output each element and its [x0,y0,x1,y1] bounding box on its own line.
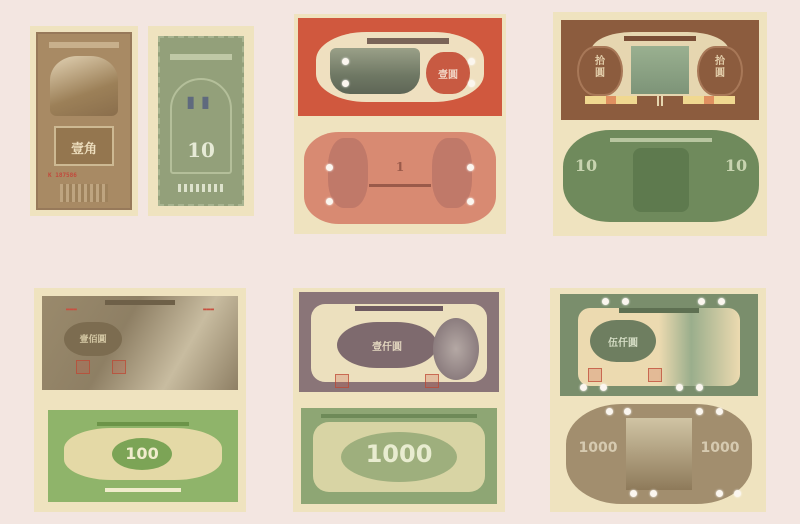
banknote-6-front-denomination: 伍仟圓 [590,334,656,349]
banknote-2-back-body: 1 [304,132,496,224]
banknote-1-back-title [170,54,232,60]
cancellation-hole [716,408,723,415]
cancellation-hole [606,408,613,415]
banknote-6-back-denomination-right: 1000 [692,440,748,456]
banknote-5-front-seal-right [425,374,439,388]
cancellation-hole [718,298,725,305]
banknote-1-front-footer [60,184,108,202]
banknote-5-front-denomination: 壹仟圓 [337,338,437,353]
banknote-4-front: ▬▬▬ ▬▬▬ 壹佰圓 [34,288,246,400]
cancellation-hole [696,408,703,415]
banknote-4-back-denomination: 100 [112,444,172,463]
banknote-5-back-legend [321,414,478,418]
banknote-4-front-body: ▬▬▬ ▬▬▬ 壹佰圓 [42,296,238,390]
banknote-3-front-right-medallion: 拾圓 [697,46,743,96]
banknote-1-back-denomination: 10 [160,138,242,162]
cancellation-hole [326,164,333,171]
banknote-4-front-serial-left: ▬▬▬ [66,306,77,313]
cancellation-hole [622,298,629,305]
banknote-6-front: 伍仟圓 [550,288,766,400]
banknote-6-front-title [619,308,698,313]
banknote-1-front-title [49,42,119,48]
banknote-5-front-title [355,306,443,311]
cancellation-hole [326,198,333,205]
banknote-1-front-denomination-panel: 壹角 [54,126,114,166]
banknote-1-front-vignette [50,56,118,116]
banknote-4-back-denomination-oval: 100 [112,438,172,470]
banknote-1-back-body: ▮▮ 10 [158,36,244,206]
banknote-5-front: 壹仟圓 [293,288,505,398]
banknote-1-front-body: 壹角 K 187586 [36,32,132,210]
banknote-3-front-vignette [631,46,689,94]
banknote-3-front-title [624,36,695,41]
cancellation-hole [342,58,349,65]
cancellation-hole [734,490,741,497]
banknote-6-front-seal-right [648,368,662,382]
banknote-5-back-body: 1000 [301,408,497,504]
cancellation-hole [650,490,657,497]
cancellation-hole [467,164,474,171]
banknote-6-back-denomination-left: 1000 [570,440,626,456]
cancellation-hole [696,384,703,391]
cancellation-hole [342,80,349,87]
banknote-3-front-right-band [683,96,735,104]
cancellation-hole [602,298,609,305]
banknote-1-front: 壹角 K 187586 [30,26,138,216]
banknote-3-front-left-band [585,96,637,104]
cancellation-hole [716,490,723,497]
banknote-1-front-denomination: 壹角 [56,138,112,157]
banknote-1-back-footer [178,184,224,192]
banknote-6-back-body: 1000 1000 [566,404,752,504]
banknote-2-front: 壹圓 [294,14,506,120]
banknote-3-front-body: 拾圓 拾圓 [561,20,759,120]
banknote-4-front-serial-right: ▬▬▬ [203,306,214,313]
cancellation-hole [624,408,631,415]
cancellation-hole [468,58,475,65]
banknote-4-front-denomination-medallion: 壹佰圓 [64,322,122,356]
cancellation-hole [468,80,475,87]
banknote-2-front-title [367,38,449,44]
banknote-2-front-body: 壹圓 [298,18,502,116]
banknote-5-front-body: 壹仟圓 [299,292,499,392]
banknote-3-back-legend [610,138,712,142]
banknote-3-front-numerals [657,96,663,106]
cancellation-hole [630,490,637,497]
banknote-1-front-serial: K 187586 [48,172,77,179]
banknote-3-back-vignette [633,148,689,212]
banknote-6-front-seal-left [588,368,602,382]
banknote-6-front-body: 伍仟圓 [560,294,758,396]
banknote-2-front-denomination-medallion: 壹圓 [426,52,470,94]
banknote-4-back-legend [97,422,188,426]
banknote-3-front-left-medallion: 拾圓 [577,46,623,96]
cancellation-hole [600,384,607,391]
cancellation-hole [580,384,587,391]
banknote-5-front-denomination-medallion: 壹仟圓 [337,322,437,368]
banknote-4-front-seal-right [112,360,126,374]
banknote-4-front-seal-left [76,360,90,374]
banknote-3-front-denomination-right: 拾圓 [714,56,726,80]
banknote-6-back-vignette [626,418,692,490]
banknote-2-back-legend [369,184,430,187]
cancellation-hole [698,298,705,305]
banknote-3-back: 10 10 [553,124,767,236]
banknote-6-front-denomination-medallion: 伍仟圓 [590,320,656,362]
cancellation-hole [467,198,474,205]
banknote-3-front: 拾圓 拾圓 [553,12,767,124]
banknote-2-back: 1 [294,120,506,234]
cancellation-hole [676,384,683,391]
banknote-5-front-seal-left [335,374,349,388]
banknote-4-back-footer [105,488,181,492]
banknote-4-front-denomination: 壹佰圓 [64,332,122,345]
banknote-6-back: 1000 1000 [550,400,766,512]
banknote-3-back-body: 10 10 [563,130,759,222]
banknote-2-front-vignette [330,48,420,94]
banknote-5-front-portrait [433,318,479,380]
banknote-4-back-body: 100 [48,410,238,502]
banknote-1-back: ▮▮ 10 [148,26,254,216]
banknote-2-front-denomination: 壹圓 [426,66,470,81]
banknote-3-front-denomination: 拾圓 [594,56,606,80]
banknote-3-back-denomination-right: 10 [721,156,751,175]
banknote-5-back: 1000 [293,398,505,512]
banknote-3-back-denomination-left: 10 [571,156,601,175]
banknote-4-back: 100 [34,400,246,512]
banknote-5-back-denomination: 1000 [301,440,497,468]
banknote-1-back-characters: ▮▮ [160,92,242,111]
banknote-4-front-title [105,300,176,305]
